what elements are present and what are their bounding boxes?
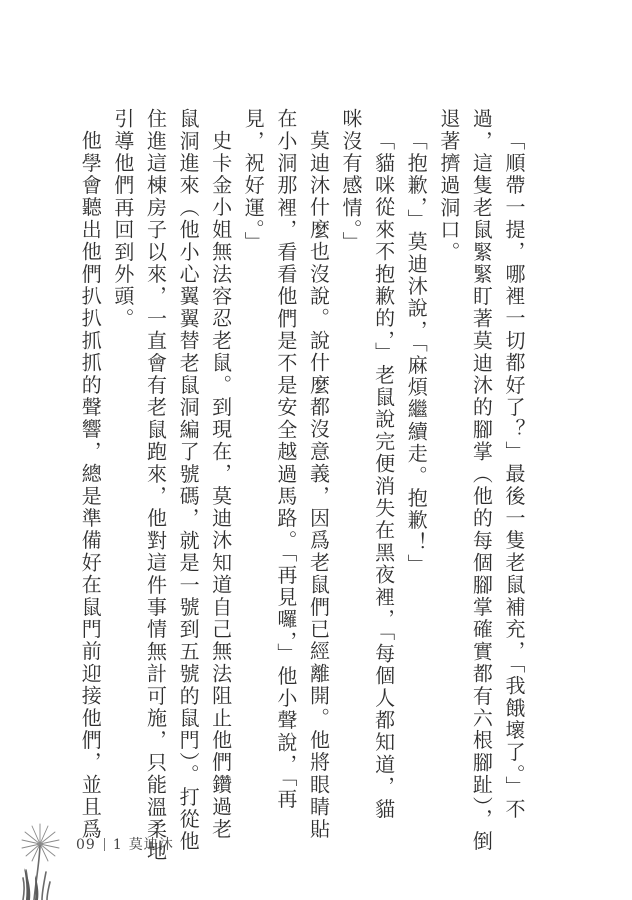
page-number: 09 — [76, 837, 96, 853]
text-line: 咪沒有感情。」 — [334, 108, 367, 733]
text-line: 「順帶一提，哪裡一切都好了？」最後一隻老鼠補充，「我餓壞了。」不 — [497, 108, 530, 733]
text-line: 「抱歉，」莫迪沐說，「麻煩繼續走。抱歉！」 — [400, 108, 433, 733]
chapter-number: 1 — [113, 837, 123, 853]
text-line: 住進這棟房子以來，一直會有老鼠跑來，他對這件事情無計可施，只能溫柔地 — [139, 108, 172, 733]
dandelion-flower-icon — [20, 820, 68, 900]
text-line: 「貓咪從來不抱歉的，」老鼠說完便消失在黑夜裡，「每個人都知道，貓 — [367, 108, 400, 733]
text-line: 鼠洞進來（他小心翼翼替老鼠洞編了號碼，就是一號到五號的鼠門）。打從他 — [171, 108, 204, 733]
text-line: 退著擠過洞口。 — [432, 108, 465, 733]
folio-divider — [104, 838, 105, 851]
text-line: 史卡金小姐無法容忍老鼠。到現在，莫迪沐知道自己無法阻止他們鑽過老 — [204, 108, 237, 733]
book-page: 「順帶一提，哪裡一切都好了？」最後一隻老鼠補充，「我餓壞了。」不 過，這隻老鼠緊… — [0, 0, 632, 900]
page-folio: 091莫迪沐 — [76, 834, 174, 854]
vertical-text-body: 「順帶一提，哪裡一切都好了？」最後一隻老鼠補充，「我餓壞了。」不 過，這隻老鼠緊… — [74, 108, 530, 733]
text-line: 引導他們再回到外頭。 — [106, 108, 139, 733]
text-line: 莫迪沐什麼也沒說。說什麼都沒意義，因爲老鼠們已經離開。他將眼睛貼 — [302, 108, 335, 733]
page-footer: 091莫迪沐 — [0, 820, 632, 900]
chapter-title: 莫迪沐 — [129, 837, 174, 853]
text-line: 見，祝好運。」 — [237, 108, 270, 733]
text-line: 他學會聽出他們扒扒抓抓的聲響，總是準備好在鼠門前迎接他們，並且爲 — [74, 108, 107, 733]
text-line: 過，這隻老鼠緊緊盯著莫迪沐的腳掌（他的每個腳掌確實都有六根腳趾），倒 — [465, 108, 498, 733]
text-line: 在小洞那裡，看看他們是不是安全越過馬路。「再見囉，」他小聲說，「再 — [269, 108, 302, 733]
